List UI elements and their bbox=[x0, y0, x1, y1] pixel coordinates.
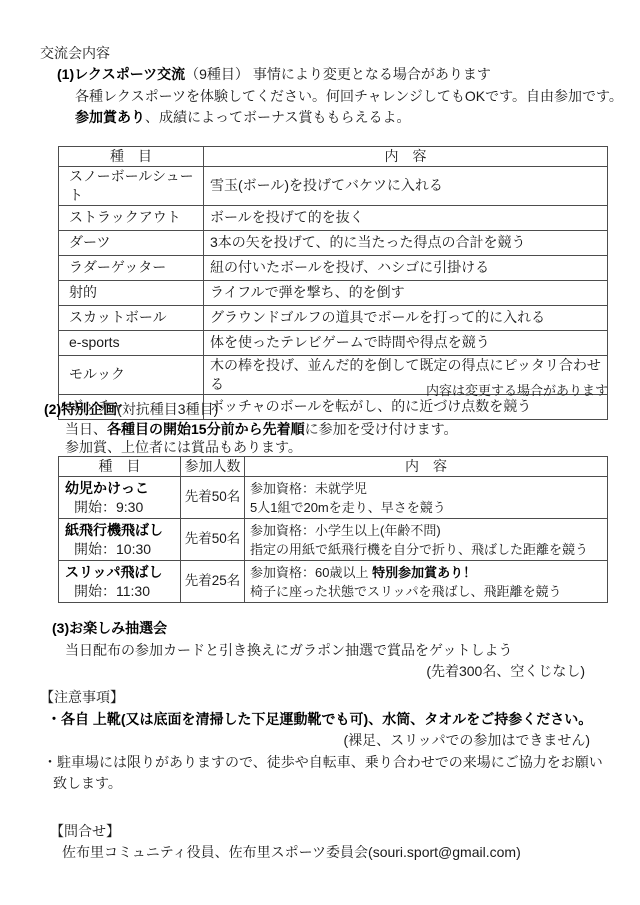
event-desc-cell: 紐の付いたボールを投げ、ハシゴに引掛ける bbox=[204, 255, 608, 280]
capacity-cell: 先着50名 bbox=[181, 477, 245, 519]
notes-bullet1: ・各自 上靴(又は底面を清掃した下足運動靴でも可)、水筒、タオルをご持参ください… bbox=[47, 710, 592, 729]
event-name-cell: 射的 bbox=[59, 280, 204, 305]
notes-heading: 【注意事項】 bbox=[40, 688, 124, 707]
section1-line2-rest: 、成績によってボーナス賞ももらえるよ。 bbox=[145, 109, 410, 125]
table-row: スリッパ飛ばし 開始：11:30 先着25名 参加資格：60歳以上 特別参加賞あ… bbox=[59, 561, 608, 603]
table-row: 射的ライフルで弾を撃ち、的を倒す bbox=[59, 280, 608, 305]
page-title: 交流会内容 bbox=[40, 44, 110, 63]
table-row: 幼児かけっこ 開始：9:30 先着50名 参加資格：未就学児 5人1組で20mを… bbox=[59, 477, 608, 519]
event-name-cell: スノーボールシュート bbox=[59, 167, 204, 206]
event-start-time: 開始：11:30 bbox=[65, 582, 180, 601]
event-name-cell: ラダーゲッター bbox=[59, 255, 204, 280]
eligibility-line: 参加資格：小学生以上(年齢不問) bbox=[250, 521, 607, 540]
event-cell: 紙飛行機飛ばし 開始：10:30 bbox=[59, 519, 181, 561]
section1-line1: 各種レクスポーツを体験してください。何回チャレンジしてもOKです。自由参加です。 bbox=[75, 87, 623, 106]
col-header-desc: 内 容 bbox=[204, 147, 608, 167]
contact-line: 佐布里コミュニティ役員、佐布里スポーツ委員会(souri.sport@gmail… bbox=[62, 843, 521, 862]
description-line: 5人1組で20mを走り、早さを競う bbox=[250, 498, 607, 517]
event-name-cell: スカットボール bbox=[59, 305, 204, 330]
table-row: ラダーゲッター紐の付いたボールを投げ、ハシゴに引掛ける bbox=[59, 255, 608, 280]
section1-line2: 参加賞あり、成績によってボーナス賞ももらえるよ。 bbox=[75, 108, 410, 127]
section3-capacity-note: (先着300名、空くじなし) bbox=[58, 662, 585, 681]
section1-heading: (1)レクスポーツ交流（9種目） 事情により変更となる場合があります bbox=[57, 65, 491, 84]
detail-cell: 参加資格：未就学児 5人1組で20mを走り、早さを競う bbox=[245, 477, 608, 519]
event-name: 幼児かけっこ bbox=[65, 479, 180, 498]
event-cell: スリッパ飛ばし 開始：11:30 bbox=[59, 561, 181, 603]
notes-bullet2-line1: ・駐車場には限りがありますので、徒歩や自転車、乗り合わせでの来場にご協力をお願い bbox=[43, 753, 603, 772]
section2-line1-post: に参加を受け付けます。 bbox=[305, 421, 458, 437]
capacity-cell: 先着25名 bbox=[181, 561, 245, 603]
event-start-time: 開始：9:30 bbox=[65, 498, 180, 517]
description-line: 指定の用紙で紙飛行機を自分で折り、飛ばした距離を競う bbox=[250, 540, 607, 559]
event-desc-cell: 体を使ったテレビゲームで時間や得点を競う bbox=[204, 330, 608, 355]
table-header-row: 種 目 内 容 bbox=[59, 147, 608, 167]
section2-line1-bold: 各種目の開始15分前から先着順 bbox=[107, 421, 305, 437]
notes-bullet1-sub: (裸足、スリッパでの参加はできません) bbox=[58, 731, 590, 750]
section2-line1: 当日、各種目の開始15分前から先着順に参加を受け付けます。 bbox=[65, 420, 457, 439]
rec-sports-table: 種 目 内 容 スノーボールシュート雪玉(ボール)を投げてバケツに入れる ストラ… bbox=[58, 146, 608, 420]
event-desc-cell: 3本の矢を投げて、的に当たった得点の合計を競う bbox=[204, 230, 608, 255]
event-desc-cell: 雪玉(ボール)を投げてバケツに入れる bbox=[204, 167, 608, 206]
detail-cell: 参加資格：小学生以上(年齢不問) 指定の用紙で紙飛行機を自分で折り、飛ばした距離… bbox=[245, 519, 608, 561]
section1-line2-bold: 参加賞あり bbox=[75, 109, 145, 125]
table-row: e-sports体を使ったテレビゲームで時間や得点を競う bbox=[59, 330, 608, 355]
event-desc-cell: ライフルで弾を撃ち、的を倒す bbox=[204, 280, 608, 305]
notes-bullet2-line2: 致します。 bbox=[53, 774, 122, 793]
section2-heading: (2)特別企画(対抗種目3種目) bbox=[44, 400, 218, 419]
table1-change-note: 内容は変更する場合があります bbox=[58, 382, 608, 400]
table-row: 紙飛行機飛ばし 開始：10:30 先着50名 参加資格：小学生以上(年齢不問) … bbox=[59, 519, 608, 561]
detail-cell: 参加資格：60歳以上 特別参加賞あり！ 椅子に座った状態でスリッパを飛ばし、飛距… bbox=[245, 561, 608, 603]
eligibility-text: 参加資格：60歳以上 bbox=[250, 565, 372, 580]
section1-heading-rest: （9種目） 事情により変更となる場合があります bbox=[185, 66, 491, 82]
col-header-event: 種 目 bbox=[59, 457, 181, 477]
section3-heading: (3)お楽しみ抽選会 bbox=[52, 619, 167, 638]
special-prize-note: 特別参加賞あり！ bbox=[372, 565, 476, 580]
event-name-cell: ダーツ bbox=[59, 230, 204, 255]
flyer-page: 交流会内容 (1)レクスポーツ交流（9種目） 事情により変更となる場合があります… bbox=[0, 0, 640, 905]
event-name: 紙飛行機飛ばし bbox=[65, 521, 180, 540]
table-row: ストラックアウトボールを投げて的を抜く bbox=[59, 205, 608, 230]
col-header-desc: 内 容 bbox=[245, 457, 608, 477]
table-row: ダーツ3本の矢を投げて、的に当たった得点の合計を競う bbox=[59, 230, 608, 255]
table-header-row: 種 目 参加人数 内 容 bbox=[59, 457, 608, 477]
col-header-capacity: 参加人数 bbox=[181, 457, 245, 477]
event-name-cell: ストラックアウト bbox=[59, 205, 204, 230]
col-header-event: 種 目 bbox=[59, 147, 204, 167]
description-line: 椅子に座った状態でスリッパを飛ばし、飛距離を競う bbox=[250, 582, 607, 601]
eligibility-line: 参加資格：未就学児 bbox=[250, 479, 607, 498]
section2-line1-pre: 当日、 bbox=[65, 421, 107, 437]
section1-heading-bold: (1)レクスポーツ交流 bbox=[57, 66, 185, 82]
contact-heading: 【問合せ】 bbox=[50, 822, 120, 841]
event-name-cell: e-sports bbox=[59, 330, 204, 355]
section2-line2: 参加賞、上位者には賞品もあります。 bbox=[65, 438, 302, 457]
special-events-table: 種 目 参加人数 内 容 幼児かけっこ 開始：9:30 先着50名 参加資格：未… bbox=[58, 456, 608, 603]
capacity-cell: 先着50名 bbox=[181, 519, 245, 561]
event-desc-cell: グラウンドゴルフの道具でボールを打って的に入れる bbox=[204, 305, 608, 330]
section2-heading-rest: (対抗種目3種目) bbox=[117, 401, 218, 417]
table-row: スカットボールグラウンドゴルフの道具でボールを打って的に入れる bbox=[59, 305, 608, 330]
eligibility-line: 参加資格：60歳以上 特別参加賞あり！ bbox=[250, 563, 607, 582]
event-desc-cell: ボールを投げて的を抜く bbox=[204, 205, 608, 230]
section2-heading-bold: (2)特別企画 bbox=[44, 401, 117, 417]
event-start-time: 開始：10:30 bbox=[65, 540, 180, 559]
section3-line1: 当日配布の参加カードと引き換えにガラポン抽選で賞品をゲットしよう bbox=[65, 641, 512, 660]
table-row: スノーボールシュート雪玉(ボール)を投げてバケツに入れる bbox=[59, 167, 608, 206]
event-name: スリッパ飛ばし bbox=[65, 563, 180, 582]
event-cell: 幼児かけっこ 開始：9:30 bbox=[59, 477, 181, 519]
